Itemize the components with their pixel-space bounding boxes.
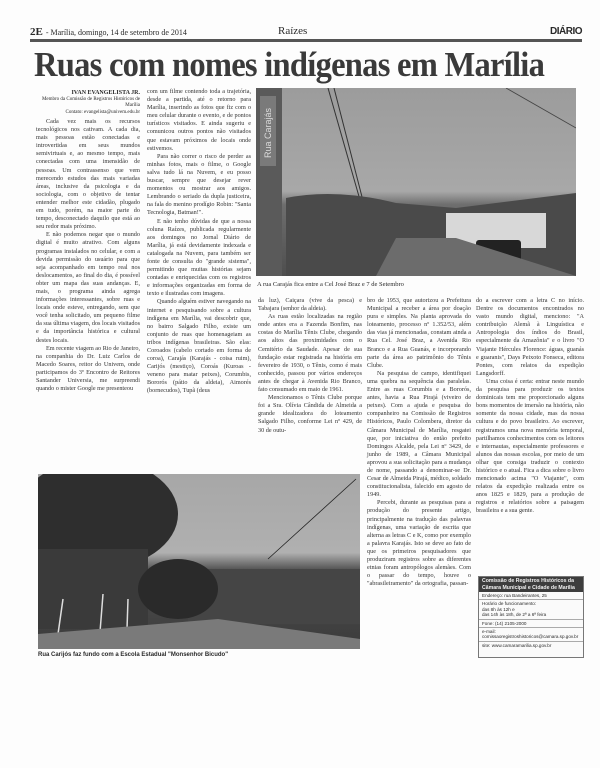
paragraph: Em recente viagem ao Rio de Janeiro, na … — [36, 345, 140, 394]
info-email-value: comissaoregistroshistoricos@camara.sp.go… — [482, 634, 580, 639]
dateline: 2E- Marília, domingo, 14 de setembro de … — [30, 26, 187, 38]
photo-caption-1: A rua Carajás fica entre a Cel José Braz… — [257, 281, 404, 288]
info-hours: Horário de funcionamento: das 8h às 12h … — [479, 600, 583, 619]
photo-rua-carijos — [38, 474, 360, 649]
paragraph: E não tenho dúvidas de que a nossa colun… — [147, 218, 251, 299]
paragraph: bro de 1953, que autorizou a Prefeitura … — [367, 297, 471, 370]
dateline-text: - Marília, domingo, 14 de setembro de 20… — [46, 28, 187, 37]
photo-caption-2: Rua Carijós faz fundo com a Escola Estad… — [38, 652, 228, 658]
article-column-4: bro de 1953, que autorizou a Prefeitura … — [367, 297, 471, 588]
street-sign-text: Rua Carajás — [263, 107, 273, 158]
paragraph: Cada vez mais os recursos tecnológicos n… — [36, 118, 140, 231]
info-box-title: Comissão de Registros Históricos da Câma… — [479, 577, 583, 592]
paragraph: Uma coisa é certa: entrar neste mundo da… — [476, 378, 584, 516]
paragraph: da luz), Caiçara (vive da pesca) e Tabaj… — [258, 297, 362, 313]
info-hours-2: das 14h às 18h, de 2ª a 6ª feira — [482, 612, 580, 617]
article-column-1: Cada vez mais os recursos tecnológicos n… — [36, 118, 140, 393]
page-number: 2E — [30, 26, 43, 38]
info-site: site: www.camaramarilia.sp.gov.br — [479, 642, 583, 649]
info-phone: Fone: (14) 2105-2000 — [479, 620, 583, 628]
author-contact: Contato: evangelista@univem.edu.br — [36, 110, 140, 117]
street-photo-illustration: Rua Carajás — [256, 88, 576, 276]
photo-rua-carajas: Rua Carajás — [256, 88, 576, 276]
article-headline: Ruas com nomes indígenas em Marília — [34, 45, 546, 85]
paragraph: Na pesquisa de campo, identifiquei uma q… — [367, 370, 471, 500]
paragraph: do a escrever com a letra C no início. D… — [476, 297, 584, 378]
article-column-3: da luz), Caiçara (vive da pesca) e Tabaj… — [258, 297, 362, 435]
section-name: Raízes — [278, 25, 307, 37]
paragraph: E não podemos negar que o mundo digital … — [36, 231, 140, 344]
newspaper-page: 2E- Marília, domingo, 14 de setembro de … — [0, 0, 600, 768]
paragraph: Quando alguém estiver navegando na inter… — [147, 298, 251, 395]
article-column-5: do a escrever com a letra C no início. D… — [476, 297, 584, 516]
paragraph: As ruas estão localizadas na região onde… — [258, 313, 362, 394]
header-rule — [30, 39, 582, 42]
author-role: Membro da Comissão de Registros Históric… — [36, 97, 140, 110]
paragraph: com um filme contendo toda a trajetória,… — [147, 88, 251, 153]
school-photo-illustration — [38, 474, 360, 649]
paragraph: Para não correr o risco de perder as min… — [147, 153, 251, 218]
page-header: 2E- Marília, domingo, 14 de setembro de … — [30, 26, 582, 38]
paragraph: Mencionamos o Tênis Clube porque foi a S… — [258, 394, 362, 434]
info-address: Endereço: rua Bandeirantes, 25 — [479, 592, 583, 600]
article-column-2: com um filme contendo toda a trajetória,… — [147, 88, 251, 396]
newspaper-logo: DIÁRIO — [550, 26, 582, 37]
info-email: e-mail: comissaoregistroshistoricos@cama… — [479, 628, 583, 642]
byline: IVAN EVANGELISTA JR. Membro da Comissão … — [36, 90, 140, 116]
paragraph: Percebi, durante as pesquisas para a pro… — [367, 499, 471, 588]
info-box: Comissão de Registros Históricos da Câma… — [478, 576, 584, 658]
